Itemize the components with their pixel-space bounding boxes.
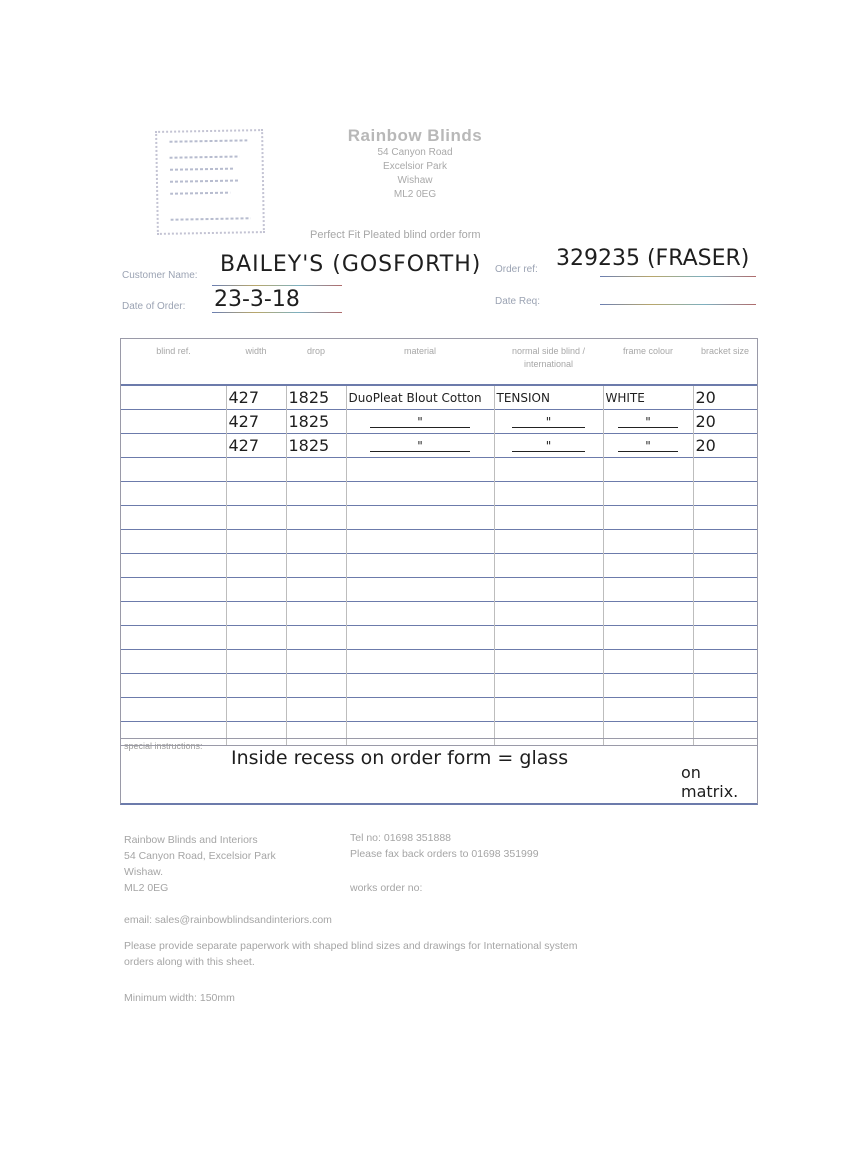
table-row-empty: [121, 482, 757, 506]
cell-blind-ref[interactable]: [121, 554, 226, 578]
footer-company-block: Rainbow Blinds and Interiors 54 Canyon R…: [124, 832, 276, 896]
order-ref-value[interactable]: 329235 (FRASER): [556, 246, 749, 271]
header-material: material: [346, 339, 494, 385]
cell-width[interactable]: [226, 482, 286, 506]
cell-bracket-size[interactable]: 20: [693, 434, 757, 458]
footer-contact-block: Tel no: 01698 351888 Please fax back ord…: [350, 830, 539, 862]
table-row: 4271825"""20: [121, 410, 757, 434]
cell-bracket-size[interactable]: 20: [693, 385, 757, 410]
cell-width[interactable]: [226, 698, 286, 722]
special-instructions-label: special instructions:: [124, 741, 203, 751]
cell-material[interactable]: [346, 626, 494, 650]
cell-material[interactable]: [346, 602, 494, 626]
cell-bracket-size[interactable]: [693, 482, 757, 506]
cell-width[interactable]: [226, 458, 286, 482]
footer-minimum-width: Minimum width: 150mm: [124, 990, 235, 1006]
form-title: Perfect Fit Pleated blind order form: [310, 229, 481, 241]
footer-email[interactable]: email: sales@rainbowblindsandinteriors.c…: [124, 912, 332, 928]
footer-address-2: Wishaw.: [124, 864, 276, 880]
cell-bracket-size[interactable]: [693, 674, 757, 698]
cell-side-blind[interactable]: [494, 698, 603, 722]
cell-bracket-size[interactable]: [693, 554, 757, 578]
cell-side-blind[interactable]: [494, 482, 603, 506]
ditto-mark: ": [618, 441, 678, 452]
company-address-1: 54 Canyon Road: [330, 146, 500, 160]
header-bracket-size: bracket size: [693, 339, 757, 385]
company-header: Rainbow Blinds 54 Canyon Road Excelsior …: [330, 126, 500, 202]
cell-blind-ref[interactable]: [121, 650, 226, 674]
cell-side-blind[interactable]: [494, 506, 603, 530]
header-width: width: [226, 339, 286, 385]
cell-blind-ref[interactable]: [121, 506, 226, 530]
date-of-order-value[interactable]: 23-3-18: [214, 287, 300, 312]
cell-side-blind[interactable]: [494, 674, 603, 698]
cell-drop[interactable]: 1825: [286, 434, 346, 458]
cell-material[interactable]: [346, 674, 494, 698]
table-row-empty: [121, 674, 757, 698]
table-row-empty: [121, 506, 757, 530]
cell-drop[interactable]: [286, 578, 346, 602]
company-address-3: Wishaw: [330, 174, 500, 188]
company-address-2: Excelsior Park: [330, 160, 500, 174]
cell-width[interactable]: [226, 506, 286, 530]
cell-drop[interactable]: [286, 674, 346, 698]
cell-frame-colour[interactable]: ": [603, 410, 693, 434]
cell-side-blind[interactable]: [494, 578, 603, 602]
table-row-empty: [121, 650, 757, 674]
table-row: 4271825"""20: [121, 434, 757, 458]
table-row-empty: [121, 698, 757, 722]
cell-drop[interactable]: [286, 602, 346, 626]
special-instructions-line-1[interactable]: Inside recess on order form = glass: [231, 747, 568, 769]
cell-blind-ref[interactable]: [121, 530, 226, 554]
cell-bracket-size[interactable]: [693, 578, 757, 602]
table-header-row: blind ref. width drop material normal si…: [121, 339, 757, 385]
cell-drop[interactable]: [286, 506, 346, 530]
cell-side-blind[interactable]: [494, 554, 603, 578]
cell-frame-colour[interactable]: [603, 506, 693, 530]
date-req-label: Date Req:: [495, 296, 540, 307]
cell-blind-ref[interactable]: [121, 434, 226, 458]
ditto-mark: ": [370, 417, 470, 428]
cell-side-blind[interactable]: ": [494, 434, 603, 458]
cell-side-blind[interactable]: [494, 650, 603, 674]
company-logo-stamp: [155, 129, 265, 235]
cell-blind-ref[interactable]: [121, 482, 226, 506]
cell-side-blind[interactable]: TENSION: [494, 385, 603, 410]
cell-drop[interactable]: [286, 698, 346, 722]
cell-frame-colour[interactable]: [603, 674, 693, 698]
cell-blind-ref[interactable]: [121, 674, 226, 698]
cell-drop[interactable]: [286, 530, 346, 554]
customer-name-label: Customer Name:: [122, 270, 198, 281]
footer-works-order: works order no:: [350, 880, 422, 896]
cell-drop[interactable]: 1825: [286, 385, 346, 410]
cell-material[interactable]: [346, 482, 494, 506]
table-row-empty: [121, 578, 757, 602]
table-row: 4271825DuoPleat Blout CottonTENSIONWHITE…: [121, 385, 757, 410]
cell-bracket-size[interactable]: [693, 530, 757, 554]
cell-width[interactable]: [226, 554, 286, 578]
header-side-blind: normal side blind / international: [494, 339, 603, 385]
cell-width[interactable]: [226, 626, 286, 650]
cell-blind-ref[interactable]: [121, 458, 226, 482]
cell-material[interactable]: [346, 554, 494, 578]
date-req-underline: [600, 304, 756, 305]
cell-bracket-size[interactable]: [693, 458, 757, 482]
cell-bracket-size[interactable]: [693, 698, 757, 722]
customer-name-value[interactable]: BAILEY'S (GOSFORTH): [220, 252, 481, 277]
cell-frame-colour[interactable]: [603, 650, 693, 674]
cell-material[interactable]: [346, 698, 494, 722]
company-name: Rainbow Blinds: [330, 126, 500, 146]
table-row-empty: [121, 530, 757, 554]
footer-note: Please provide separate paperwork with s…: [124, 938, 578, 970]
cell-material[interactable]: [346, 530, 494, 554]
cell-blind-ref[interactable]: [121, 385, 226, 410]
header-drop: drop: [286, 339, 346, 385]
special-instructions-line-2[interactable]: on matrix.: [681, 763, 757, 801]
ditto-mark: ": [618, 417, 678, 428]
date-of-order-underline: [212, 312, 342, 313]
cell-frame-colour[interactable]: [603, 554, 693, 578]
order-ref-label: Order ref:: [495, 264, 538, 275]
cell-blind-ref[interactable]: [121, 602, 226, 626]
footer-tel: Tel no: 01698 351888: [350, 830, 539, 846]
cell-drop[interactable]: [286, 650, 346, 674]
cell-frame-colour[interactable]: [603, 578, 693, 602]
table-row-empty: [121, 554, 757, 578]
order-table: blind ref. width drop material normal si…: [120, 338, 758, 746]
cell-blind-ref[interactable]: [121, 626, 226, 650]
cell-frame-colour[interactable]: WHITE: [603, 385, 693, 410]
cell-material[interactable]: DuoPleat Blout Cotton: [346, 385, 494, 410]
cell-width[interactable]: [226, 578, 286, 602]
cell-frame-colour[interactable]: [603, 602, 693, 626]
ditto-mark: ": [512, 441, 585, 452]
cell-frame-colour[interactable]: ": [603, 434, 693, 458]
table-row-empty: [121, 458, 757, 482]
ditto-mark: ": [370, 441, 470, 452]
table-row-empty: [121, 602, 757, 626]
customer-name-underline: [212, 285, 342, 286]
footer-note-line-2: orders along with this sheet.: [124, 954, 578, 970]
cell-drop[interactable]: 1825: [286, 410, 346, 434]
cell-bracket-size[interactable]: [693, 602, 757, 626]
footer-fax: Please fax back orders to 01698 351999: [350, 846, 539, 862]
cell-blind-ref[interactable]: [121, 410, 226, 434]
cell-width[interactable]: [226, 602, 286, 626]
cell-side-blind[interactable]: [494, 458, 603, 482]
footer-address-1: 54 Canyon Road, Excelsior Park: [124, 848, 276, 864]
cell-material[interactable]: ": [346, 410, 494, 434]
cell-width[interactable]: 427: [226, 385, 286, 410]
cell-blind-ref[interactable]: [121, 578, 226, 602]
company-address-4: ML2 0EG: [330, 188, 500, 202]
cell-bracket-size[interactable]: [693, 650, 757, 674]
cell-width[interactable]: [226, 650, 286, 674]
order-ref-underline: [600, 276, 756, 277]
cell-drop[interactable]: [286, 482, 346, 506]
date-of-order-label: Date of Order:: [122, 301, 185, 312]
ditto-mark: ": [512, 417, 585, 428]
cell-blind-ref[interactable]: [121, 698, 226, 722]
footer-note-line-1: Please provide separate paperwork with s…: [124, 938, 578, 954]
cell-width[interactable]: 427: [226, 410, 286, 434]
cell-frame-colour[interactable]: [603, 530, 693, 554]
cell-drop[interactable]: [286, 458, 346, 482]
cell-side-blind[interactable]: ": [494, 410, 603, 434]
cell-width[interactable]: [226, 674, 286, 698]
table-row-empty: [121, 626, 757, 650]
header-frame-colour: frame colour: [603, 339, 693, 385]
cell-material[interactable]: [346, 458, 494, 482]
cell-drop[interactable]: [286, 554, 346, 578]
cell-width[interactable]: [226, 530, 286, 554]
cell-side-blind[interactable]: [494, 530, 603, 554]
cell-side-blind[interactable]: [494, 602, 603, 626]
special-instructions-box: special instructions: Inside recess on o…: [120, 738, 758, 805]
cell-side-blind[interactable]: [494, 626, 603, 650]
cell-bracket-size[interactable]: [693, 506, 757, 530]
cell-frame-colour[interactable]: [603, 626, 693, 650]
header-blind-ref: blind ref.: [121, 339, 226, 385]
cell-frame-colour[interactable]: [603, 698, 693, 722]
cell-material[interactable]: [346, 650, 494, 674]
cell-material[interactable]: [346, 578, 494, 602]
footer-company-name: Rainbow Blinds and Interiors: [124, 832, 276, 848]
cell-material[interactable]: ": [346, 434, 494, 458]
cell-frame-colour[interactable]: [603, 482, 693, 506]
cell-bracket-size[interactable]: [693, 626, 757, 650]
cell-frame-colour[interactable]: [603, 458, 693, 482]
cell-bracket-size[interactable]: 20: [693, 410, 757, 434]
footer-address-3: ML2 0EG: [124, 880, 276, 896]
cell-width[interactable]: 427: [226, 434, 286, 458]
cell-drop[interactable]: [286, 626, 346, 650]
cell-material[interactable]: [346, 506, 494, 530]
